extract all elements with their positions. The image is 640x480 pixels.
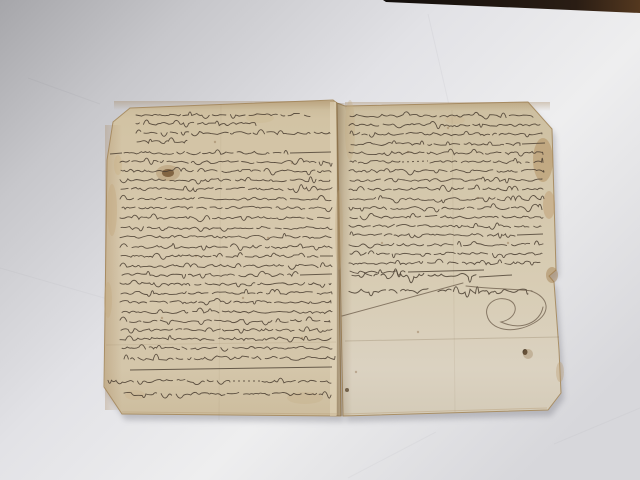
archival-photo: Photograph of an opened two-page handwri… <box>0 0 640 480</box>
paper-stain <box>345 100 355 160</box>
right-page-paper <box>337 102 561 416</box>
foxing-speck <box>381 242 383 244</box>
paper-stain <box>556 362 564 382</box>
foxing-speck <box>507 242 509 244</box>
paper-stain <box>523 349 533 359</box>
paper-stain <box>335 190 343 270</box>
paper-stain <box>107 184 117 236</box>
fold-highlight <box>330 102 336 416</box>
right-page-top-shading <box>345 102 550 111</box>
paper-stain <box>114 155 122 175</box>
left-page-top-shading <box>114 101 334 110</box>
foxing-speck <box>355 371 357 373</box>
paper-stain <box>104 282 112 318</box>
manuscript-photo-svg <box>0 0 640 480</box>
paper-stain <box>543 191 555 219</box>
paper-stain <box>287 392 323 404</box>
foxing-speck <box>447 127 449 129</box>
foxing-speck <box>214 141 216 143</box>
paper-stain <box>445 116 465 124</box>
foxing-speck <box>242 297 244 299</box>
paper-stain <box>546 267 558 283</box>
foxing-speck <box>417 331 419 333</box>
paper-stain <box>345 388 349 392</box>
foxing-speck <box>161 317 163 319</box>
